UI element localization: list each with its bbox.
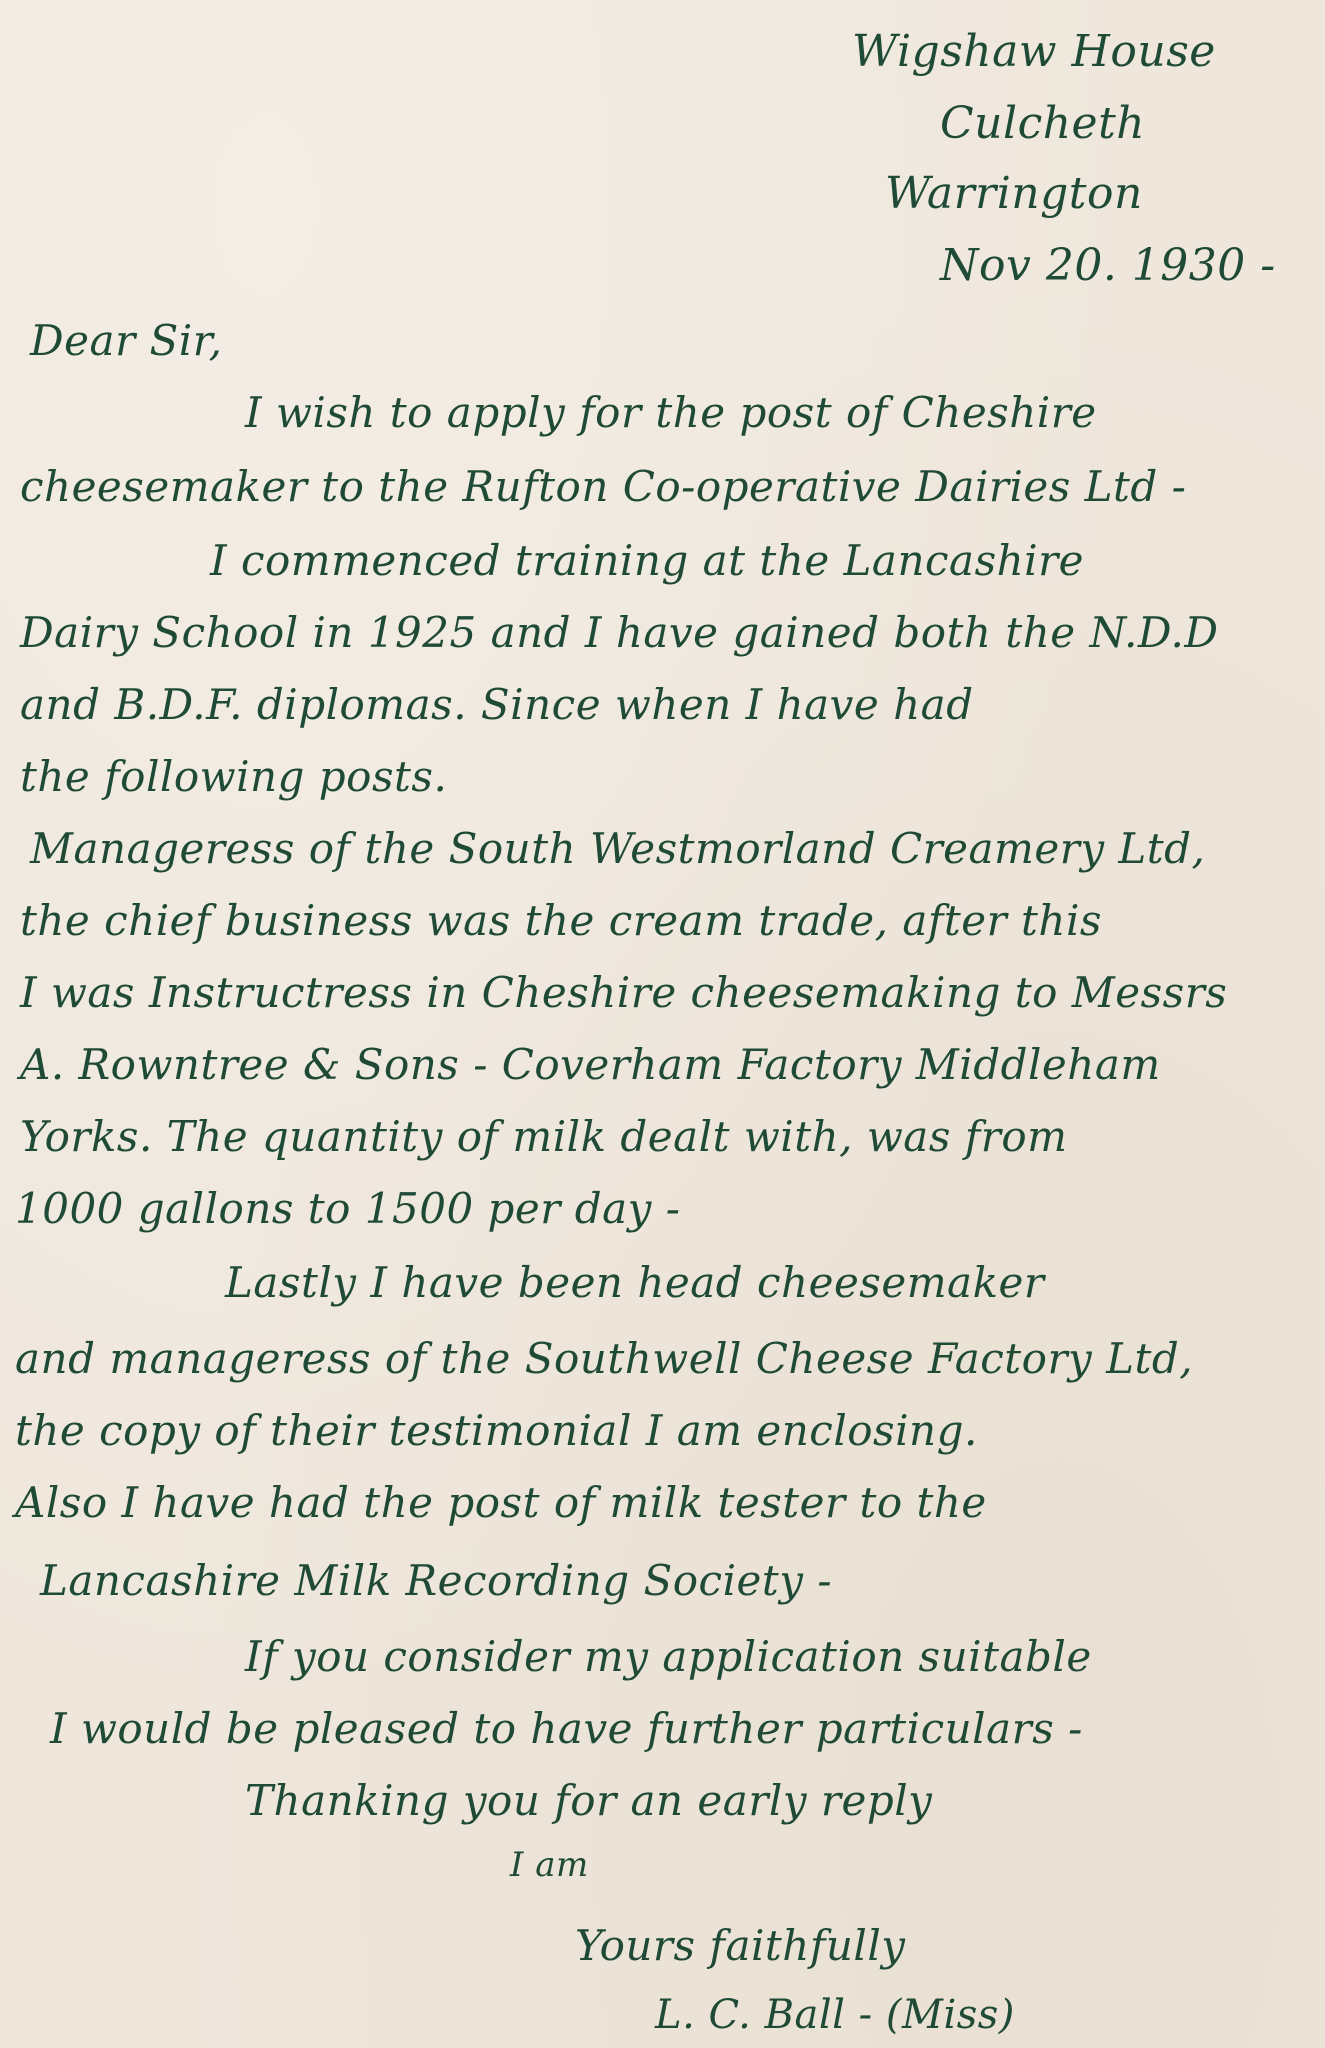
body-line: A. Rowntree & Sons - Coverham Factory Mi… xyxy=(20,1044,1161,1086)
body-line: I wish to apply for the post of Cheshire xyxy=(245,392,1097,434)
letter-date: Nov 20. 1930 - xyxy=(940,244,1276,288)
salutation: Dear Sir, xyxy=(30,320,223,362)
letter-page: Wigshaw House Culcheth Warrington Nov 20… xyxy=(0,0,1325,2048)
body-line: Dairy School in 1925 and I have gained b… xyxy=(20,612,1219,654)
body-line: Lastly I have been head cheesemaker xyxy=(225,1262,1044,1304)
body-line: the copy of their testimonial I am enclo… xyxy=(15,1410,978,1452)
body-line: 1000 gallons to 1500 per day - xyxy=(15,1188,680,1230)
body-line: the following posts. xyxy=(20,756,447,798)
signature: L. C. Ball - (Miss) xyxy=(655,1995,1015,2035)
address-line-town: Warrington xyxy=(885,172,1143,216)
address-line-village: Culcheth xyxy=(940,102,1145,146)
body-line: Lancashire Milk Recording Society - xyxy=(40,1560,832,1602)
body-line: Thanking you for an early reply xyxy=(245,1780,932,1822)
body-line: the chief business was the cream trade, … xyxy=(20,900,1102,942)
body-line: and B.D.F. diplomas. Since when I have h… xyxy=(20,684,974,726)
closing-i-am: I am xyxy=(510,1848,589,1882)
body-line: Also I have had the post of milk tester … xyxy=(15,1482,987,1524)
closing-yours-faithfully: Yours faithfully xyxy=(575,1925,906,1967)
body-line: I was Instructress in Cheshire cheesemak… xyxy=(20,972,1227,1014)
body-line: Yorks. The quantity of milk dealt with, … xyxy=(20,1116,1067,1158)
body-line: I would be pleased to have further parti… xyxy=(50,1708,1083,1750)
body-line: cheesemaker to the Rufton Co-operative D… xyxy=(20,466,1186,508)
body-line: I commenced training at the Lancashire xyxy=(210,540,1084,582)
body-line: and manageress of the Southwell Cheese F… xyxy=(15,1338,1193,1380)
body-line: If you consider my application suitable xyxy=(245,1636,1092,1678)
body-line: Manageress of the South Westmorland Crea… xyxy=(30,828,1205,870)
address-line-house: Wigshaw House xyxy=(852,30,1216,74)
